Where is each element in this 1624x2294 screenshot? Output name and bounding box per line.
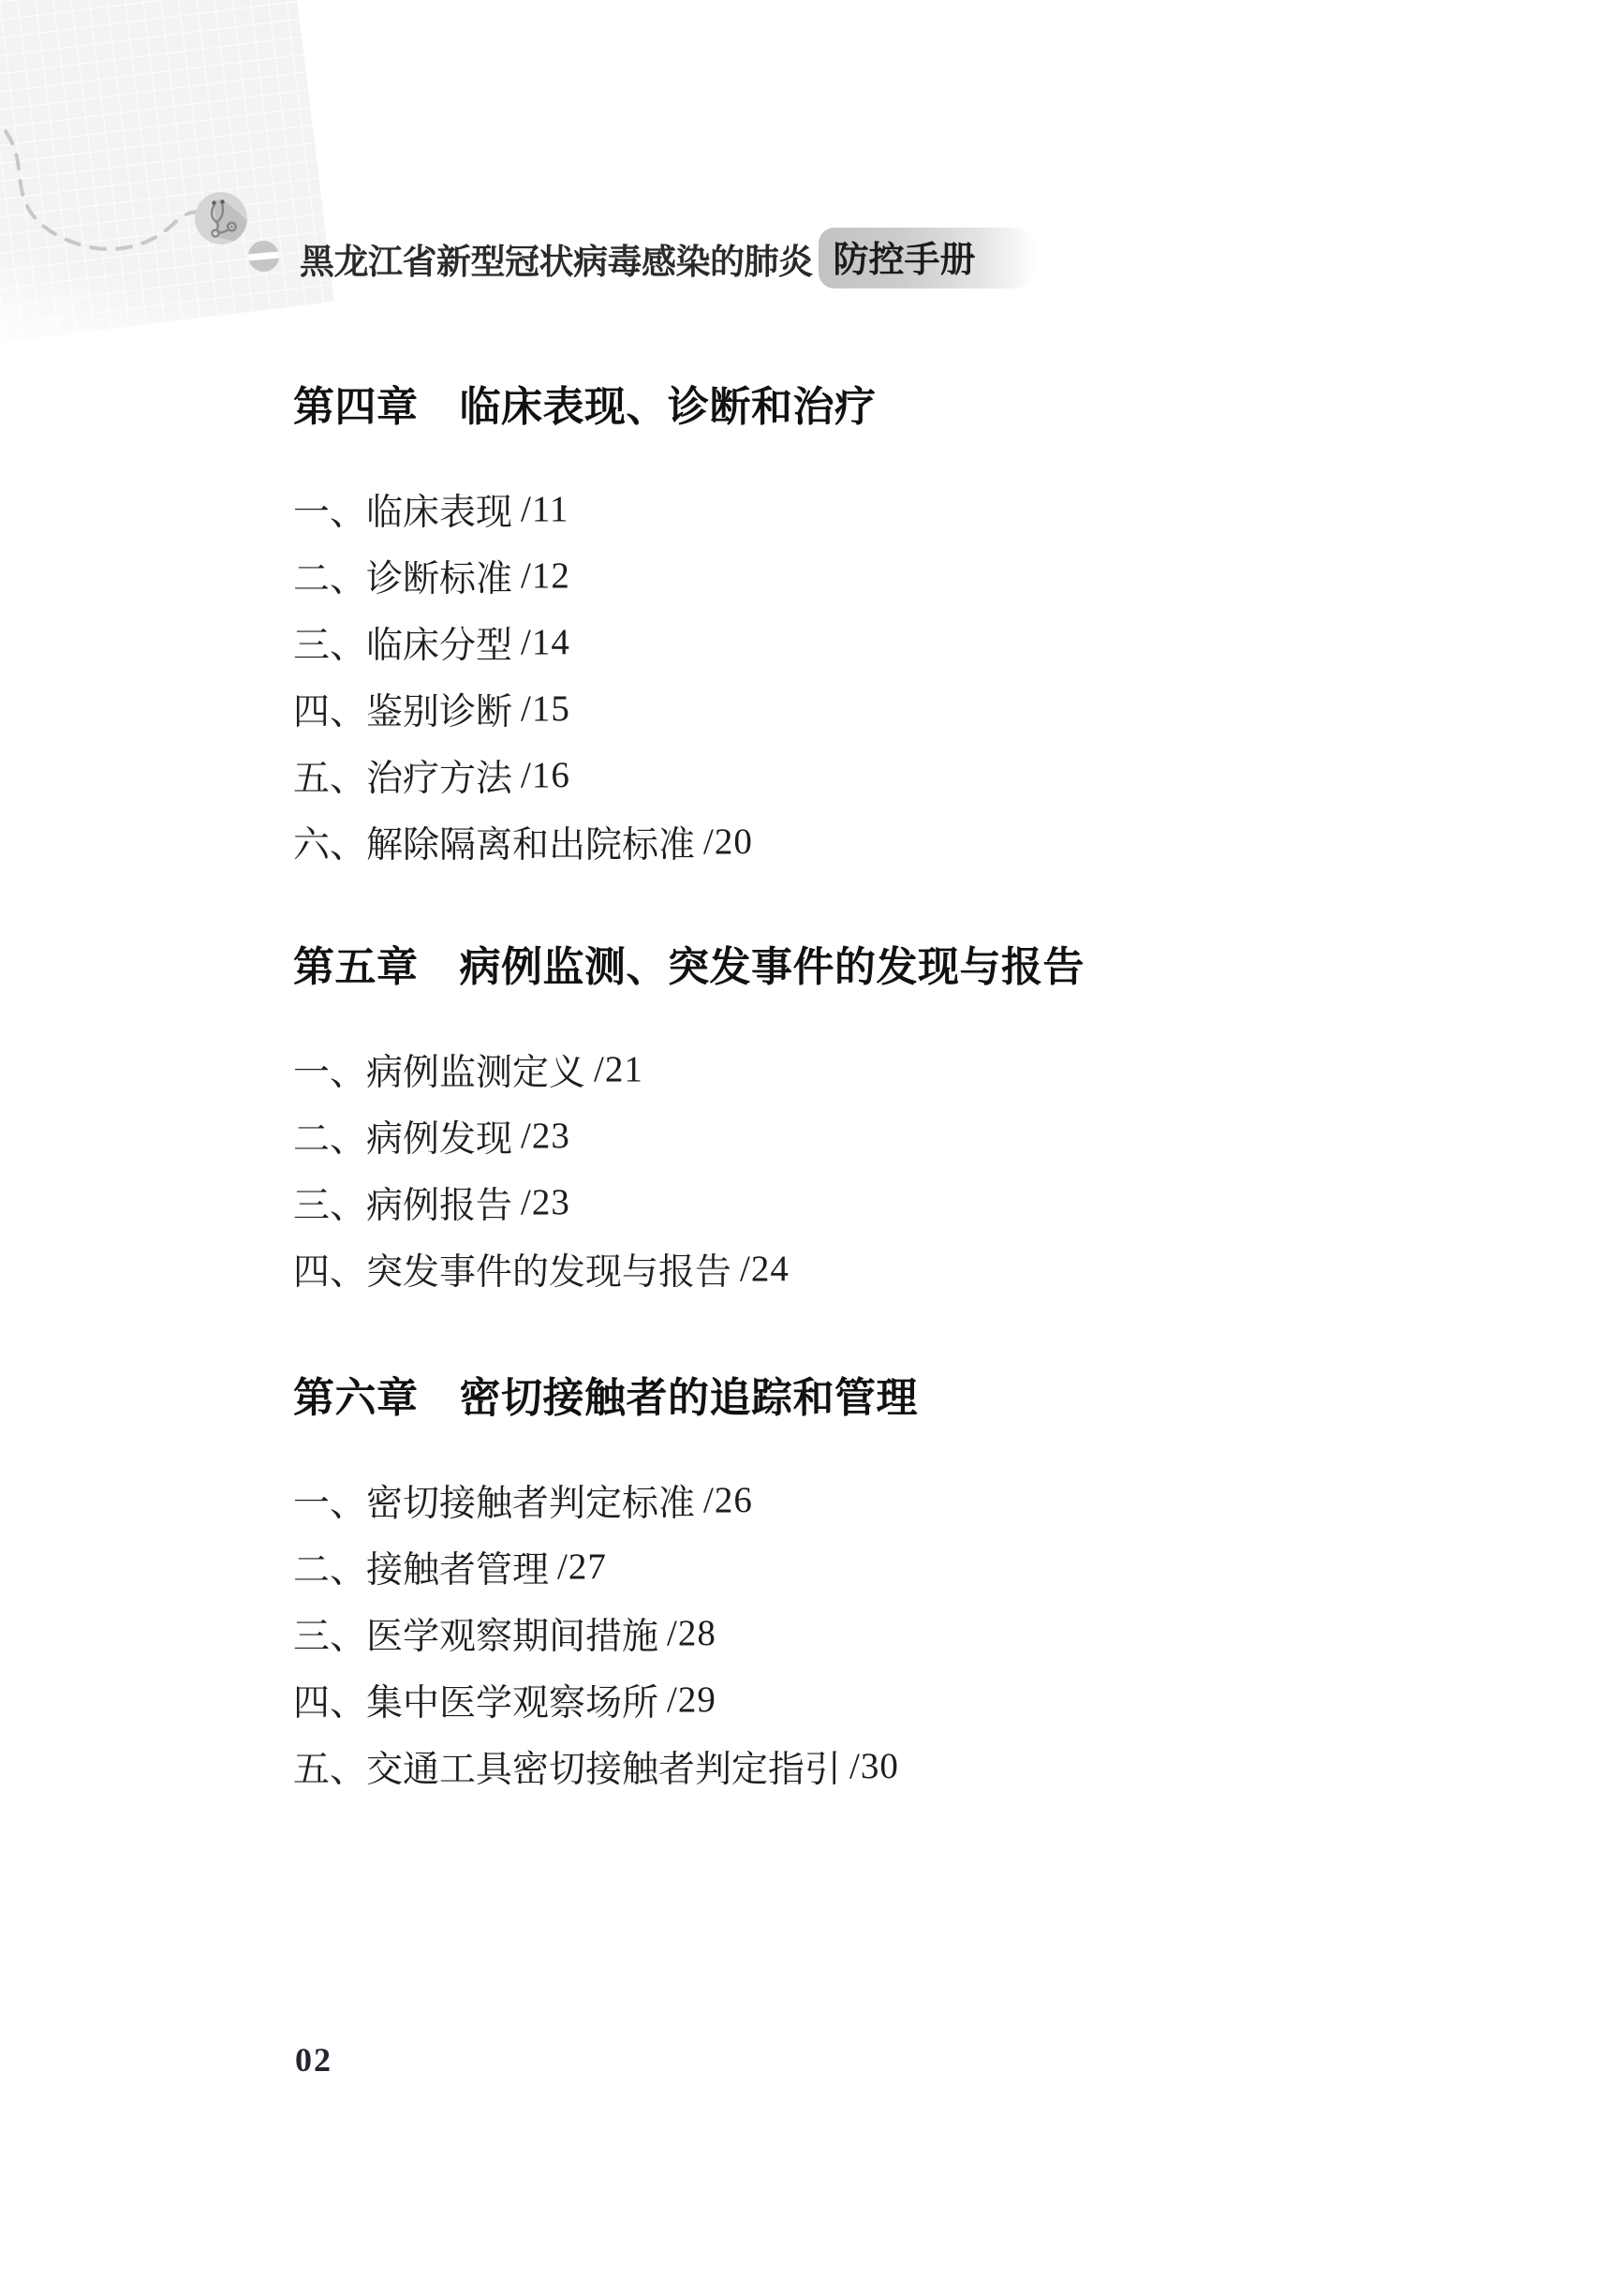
toc-item-label: 二、病例发现 bbox=[293, 1110, 512, 1162]
header-title: 黑龙江省新型冠状病毒感染的肺炎 bbox=[300, 233, 813, 284]
toc-item-label: 一、病例监测定义 bbox=[293, 1043, 585, 1096]
chapter-number: 第四章 bbox=[293, 380, 419, 435]
toc-item: 三、病例报告 /23 bbox=[293, 1169, 1085, 1236]
chapter-number: 第六章 bbox=[293, 1371, 419, 1426]
chapter-heading: 第四章 临床表现、诊断和治疗 bbox=[293, 380, 877, 435]
toc-item-label: 三、医学观察期间措施 bbox=[293, 1607, 658, 1660]
toc-list: 一、病例监测定义 /21 二、病例发现 /23 三、病例报告 /23 四、突发事… bbox=[293, 1036, 1085, 1302]
toc-item: 二、病例发现 /23 bbox=[293, 1103, 1085, 1169]
toc-item-page-ref: /12 bbox=[521, 555, 570, 597]
toc-item: 四、集中医学观察场所 /29 bbox=[293, 1666, 918, 1733]
toc-list: 一、密切接触者判定标准 /26 二、接触者管理 /27 三、医学观察期间措施 /… bbox=[293, 1467, 918, 1799]
chapter-title: 临床表现、诊断和治疗 bbox=[460, 380, 877, 435]
toc-item: 一、密切接触者判定标准 /26 bbox=[293, 1467, 918, 1533]
toc-item-label: 一、密切接触者判定标准 bbox=[293, 1474, 695, 1527]
toc-item: 三、医学观察期间措施 /28 bbox=[293, 1600, 918, 1666]
chapter-section-5: 第五章 病例监测、突发事件的发现与报告 一、病例监测定义 /21 二、病例发现 … bbox=[293, 940, 1085, 1302]
header-badge: 防控手册 bbox=[819, 228, 1038, 289]
toc-item-page-ref: /11 bbox=[521, 488, 568, 530]
chapter-section-6: 第六章 密切接触者的追踪和管理 一、密切接触者判定标准 /26 二、接触者管理 … bbox=[293, 1371, 918, 1799]
toc-item-page-ref: /28 bbox=[667, 1612, 716, 1654]
toc-item-page-ref: /30 bbox=[849, 1745, 899, 1787]
document-page: 黑龙江省新型冠状病毒感染的肺炎 防控手册 第四章 临床表现、诊断和治疗 一、临床… bbox=[0, 0, 1624, 2294]
toc-item-label: 一、临床表现 bbox=[293, 483, 512, 536]
toc-item: 四、鉴别诊断 /15 bbox=[293, 675, 877, 742]
dashed-path-icon bbox=[0, 120, 217, 262]
toc-item: 二、诊断标准 /12 bbox=[293, 542, 877, 609]
toc-item-page-ref: /29 bbox=[667, 1679, 716, 1721]
toc-item-page-ref: /27 bbox=[557, 1546, 607, 1588]
toc-item-page-ref: /14 bbox=[521, 621, 570, 663]
toc-item-page-ref: /20 bbox=[703, 821, 753, 863]
toc-item: 四、突发事件的发现与报告 /24 bbox=[293, 1236, 1085, 1302]
chapter-number: 第五章 bbox=[293, 940, 419, 995]
toc-item-label: 四、鉴别诊断 bbox=[293, 683, 512, 735]
toc-item: 六、解除隔离和出院标准 /20 bbox=[293, 808, 877, 875]
toc-item-page-ref: /24 bbox=[740, 1248, 790, 1290]
toc-list: 一、临床表现 /11 二、诊断标准 /12 三、临床分型 /14 四、鉴别诊断 … bbox=[293, 476, 877, 875]
toc-item-label: 五、交通工具密切接触者判定指引 bbox=[293, 1740, 841, 1793]
toc-item-page-ref: /26 bbox=[703, 1479, 753, 1521]
toc-item-label: 二、接触者管理 bbox=[293, 1541, 549, 1593]
toc-item: 一、病例监测定义 /21 bbox=[293, 1036, 1085, 1103]
toc-item: 二、接触者管理 /27 bbox=[293, 1533, 918, 1600]
toc-item: 五、交通工具密切接触者判定指引 /30 bbox=[293, 1733, 918, 1799]
toc-item-label: 二、诊断标准 bbox=[293, 550, 512, 602]
toc-item-page-ref: /15 bbox=[521, 688, 570, 730]
chapter-title: 病例监测、突发事件的发现与报告 bbox=[460, 940, 1085, 995]
toc-item-page-ref: /23 bbox=[521, 1181, 570, 1223]
toc-item-label: 四、突发事件的发现与报告 bbox=[293, 1243, 731, 1295]
page-number: 02 bbox=[295, 2040, 332, 2079]
toc-item-label: 三、临床分型 bbox=[293, 616, 512, 669]
chapter-title: 密切接触者的追踪和管理 bbox=[460, 1371, 919, 1426]
pill-icon bbox=[248, 241, 279, 272]
chapter-heading: 第五章 病例监测、突发事件的发现与报告 bbox=[293, 940, 1085, 995]
toc-item-label: 六、解除隔离和出院标准 bbox=[293, 816, 695, 868]
toc-item-page-ref: /23 bbox=[521, 1115, 570, 1157]
toc-item-page-ref: /21 bbox=[594, 1048, 643, 1090]
chapter-heading: 第六章 密切接触者的追踪和管理 bbox=[293, 1371, 918, 1426]
chapter-section-4: 第四章 临床表现、诊断和治疗 一、临床表现 /11 二、诊断标准 /12 三、临… bbox=[293, 380, 877, 875]
stethoscope-icon bbox=[195, 192, 247, 244]
toc-item-page-ref: /16 bbox=[521, 754, 570, 796]
toc-item-label: 五、治疗方法 bbox=[293, 749, 512, 802]
page-header: 黑龙江省新型冠状病毒感染的肺炎 防控手册 bbox=[300, 228, 1038, 289]
toc-item-label: 三、病例报告 bbox=[293, 1177, 512, 1229]
toc-item: 一、临床表现 /11 bbox=[293, 476, 877, 542]
toc-item: 三、临床分型 /14 bbox=[293, 609, 877, 675]
toc-item: 五、治疗方法 /16 bbox=[293, 742, 877, 808]
toc-item-label: 四、集中医学观察场所 bbox=[293, 1674, 658, 1726]
